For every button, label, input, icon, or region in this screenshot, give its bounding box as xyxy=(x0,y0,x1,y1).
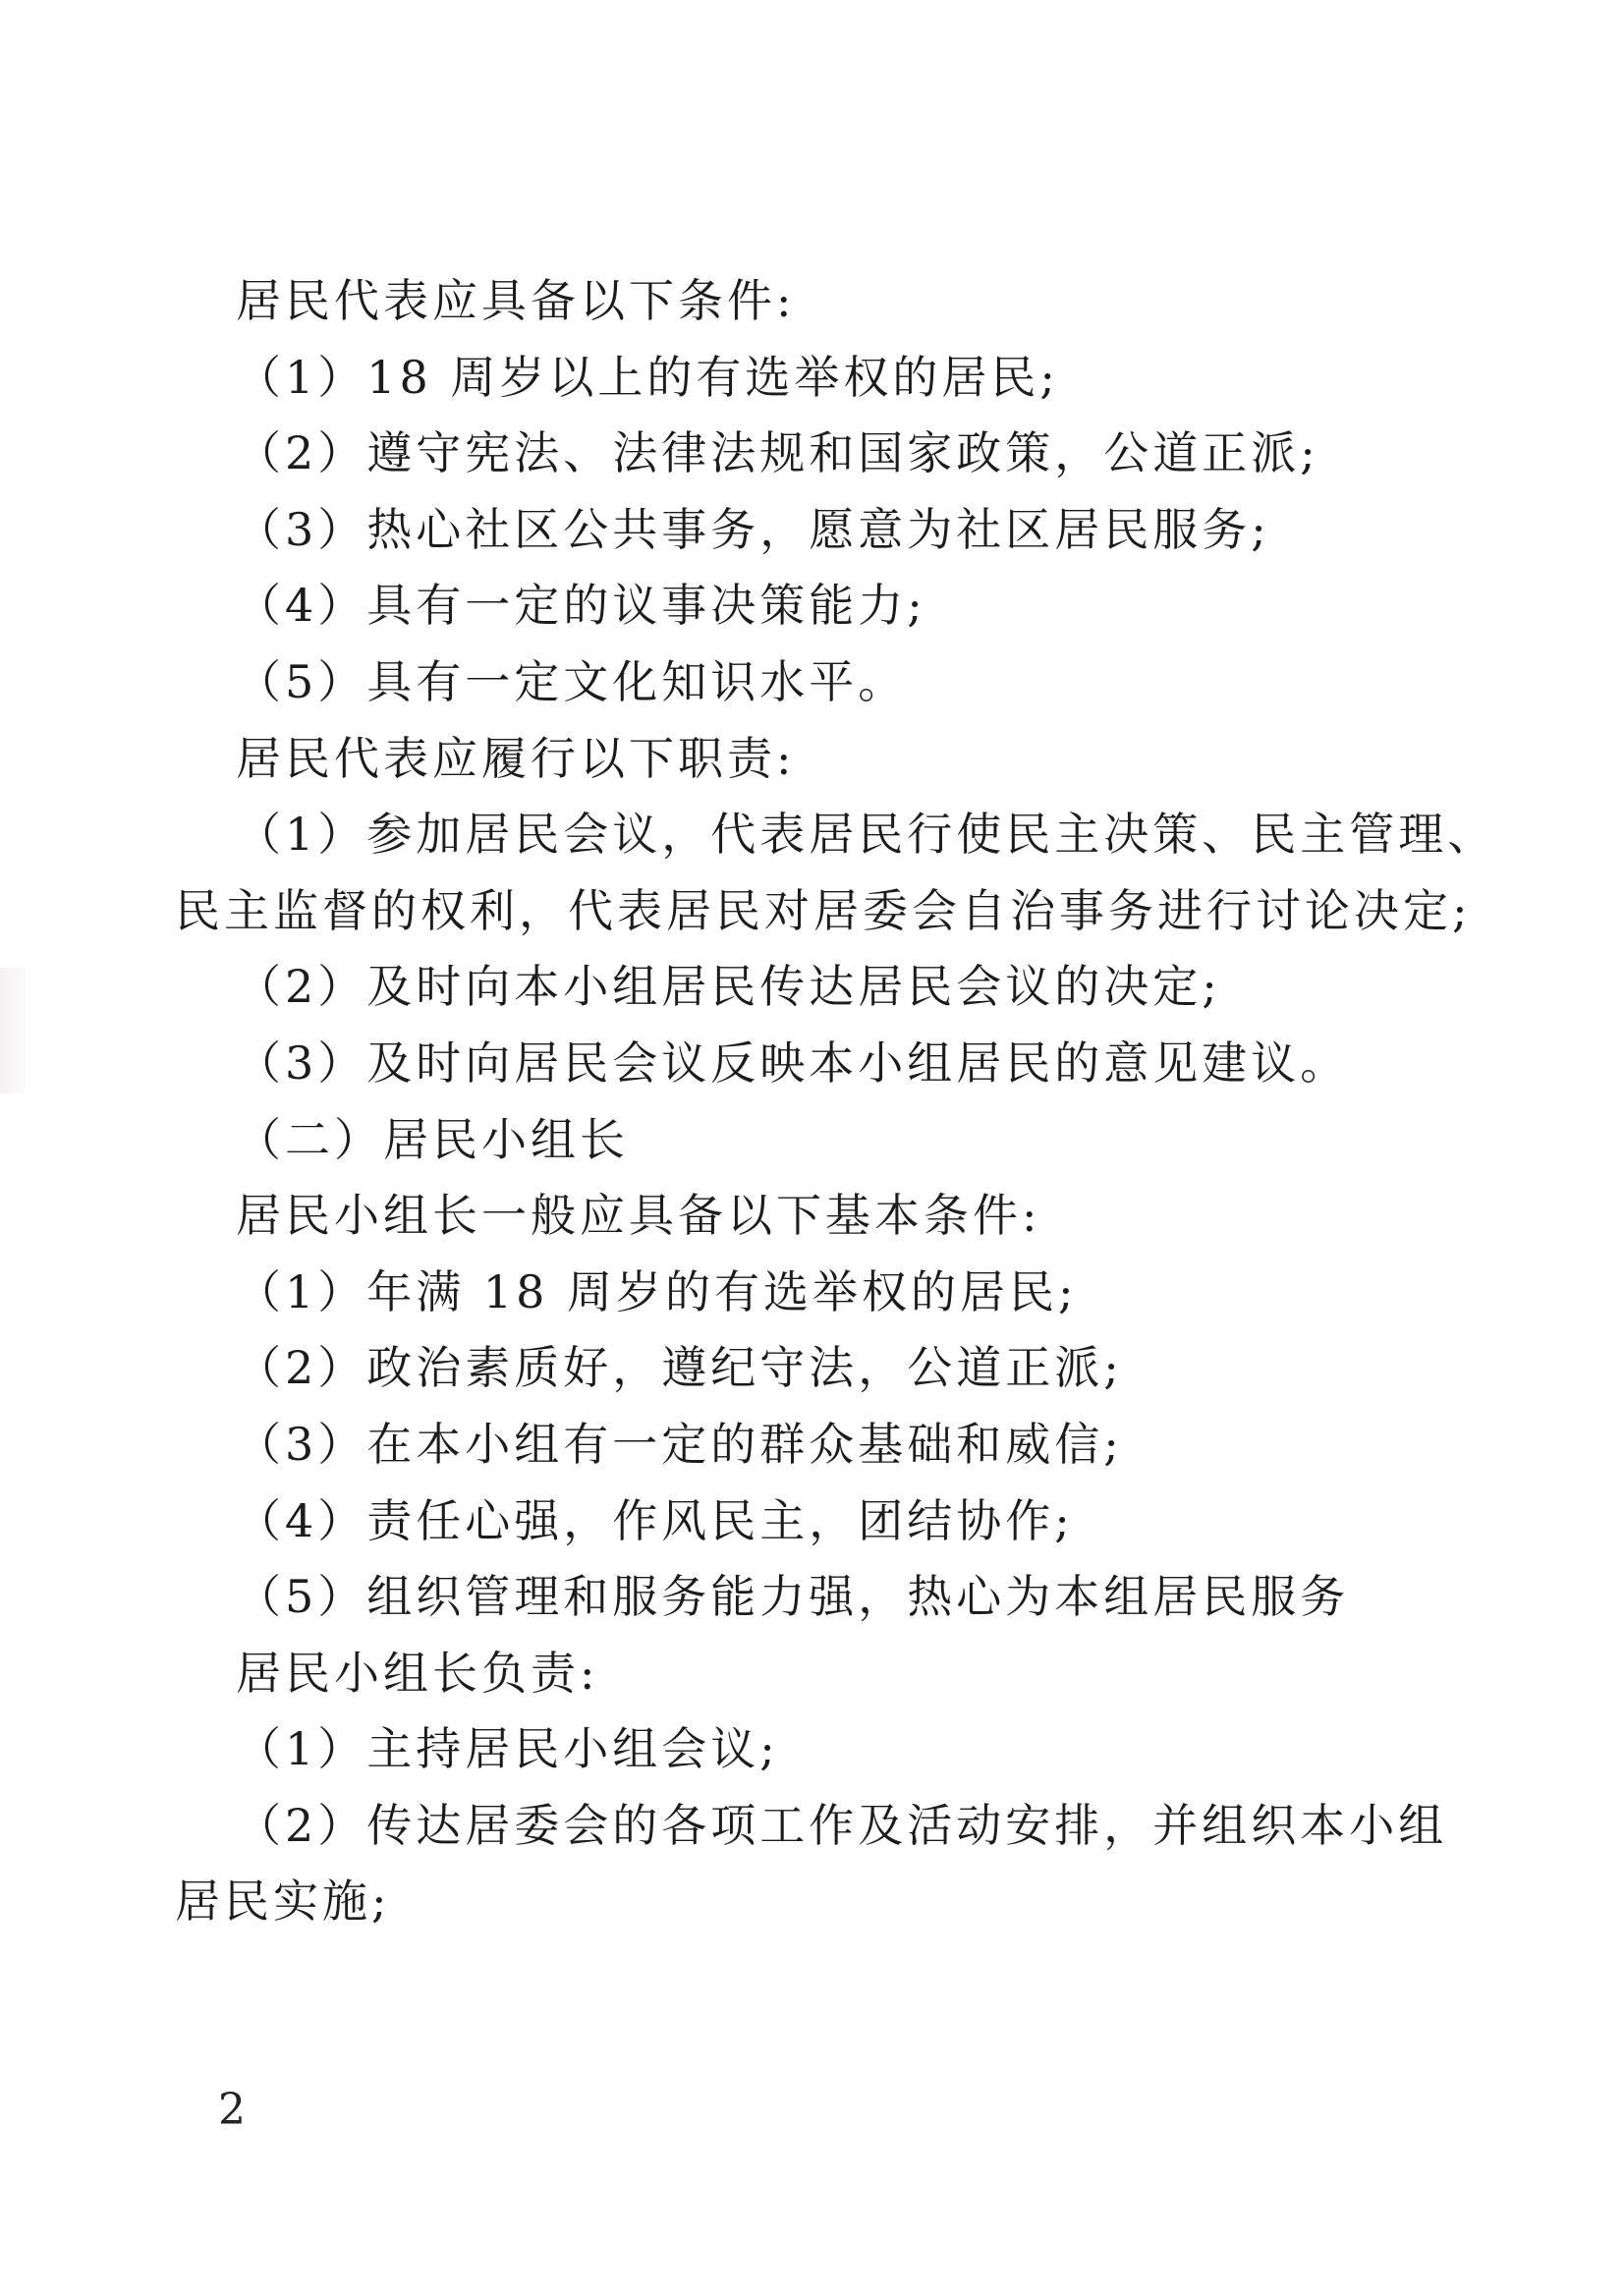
text-line: 居民实施; xyxy=(175,1864,1550,1940)
text-line: （3）及时向居民会议反映本小组居民的意见建议。 xyxy=(175,1026,1550,1102)
text-line: （3）在本小组有一定的群众基础和威信; xyxy=(175,1407,1550,1483)
text-line: 居民小组长负责: xyxy=(175,1636,1550,1712)
page-number: 2 xyxy=(218,2081,246,2140)
text-line: （2）及时向本小组居民传达居民会议的决定; xyxy=(175,949,1550,1026)
text-line: 居民小组长一般应具备以下基本条件: xyxy=(175,1178,1550,1255)
text-line: （4）具有一定的议事决策能力; xyxy=(175,568,1550,644)
text-line: （1）18 周岁以上的有选举权的居民; xyxy=(175,340,1550,417)
text-line: （2）遵守宪法、法律法规和国家政策，公道正派; xyxy=(175,416,1550,492)
text-line: 民主监督的权利，代表居民对居委会自治事务进行讨论决定; xyxy=(175,873,1550,950)
text-line: （1）主持居民小组会议; xyxy=(175,1711,1550,1788)
text-line: （2）政治素质好，遵纪守法，公道正派; xyxy=(175,1330,1550,1407)
text-line: （4）责任心强，作风民主，团结协作; xyxy=(175,1483,1550,1560)
text-block: 居民代表应具备以下条件:（1）18 周岁以上的有选举权的居民;（2）遵守宪法、法… xyxy=(175,263,1550,1940)
text-line: （1）参加居民会议，代表居民行使民主决策、民主管理、 xyxy=(175,797,1550,873)
text-line: （5）组织管理和服务能力强，热心为本组居民服务 xyxy=(175,1559,1550,1636)
text-line: （2）传达居委会的各项工作及活动安排，并组织本小组 xyxy=(175,1788,1550,1865)
document-page: 居民代表应具备以下条件:（1）18 周岁以上的有选举权的居民;（2）遵守宪法、法… xyxy=(0,0,1624,2295)
text-line: （1）年满 18 周岁的有选举权的居民; xyxy=(175,1255,1550,1331)
scan-artifact xyxy=(0,968,26,1093)
text-line: （二）居民小组长 xyxy=(175,1102,1550,1179)
text-line: 居民代表应具备以下条件: xyxy=(175,263,1550,340)
text-line: 居民代表应履行以下职责: xyxy=(175,721,1550,798)
text-line: （5）具有一定文化知识水平。 xyxy=(175,644,1550,721)
text-line: （3）热心社区公共事务，愿意为社区居民服务; xyxy=(175,492,1550,569)
